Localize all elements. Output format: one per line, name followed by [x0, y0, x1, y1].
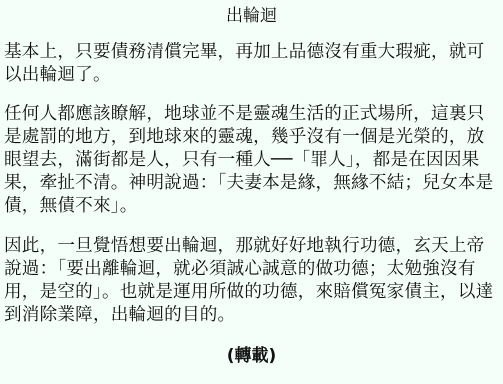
- article-title: 出輪迴: [4, 5, 499, 27]
- source-note: (轉載): [4, 345, 499, 367]
- paragraph-1: 基本上，只要債務清償完畢，再加上品德沒有重大瑕疵，就可以出輪迴了。: [4, 41, 499, 87]
- paragraph-2: 任何人都應該瞭解，地球並不是靈魂生活的正式場所，這裏只是處罰的地方，到地球來的靈…: [4, 103, 499, 218]
- paragraph-3: 因此，一旦覺悟想要出輪迴，那就好好地執行功德，玄天上帝說過：「要出離輪迴，就必須…: [4, 235, 499, 327]
- article: 出輪迴 基本上，只要債務清償完畢，再加上品德沒有重大瑕疵，就可以出輪迴了。 任何…: [0, 5, 503, 367]
